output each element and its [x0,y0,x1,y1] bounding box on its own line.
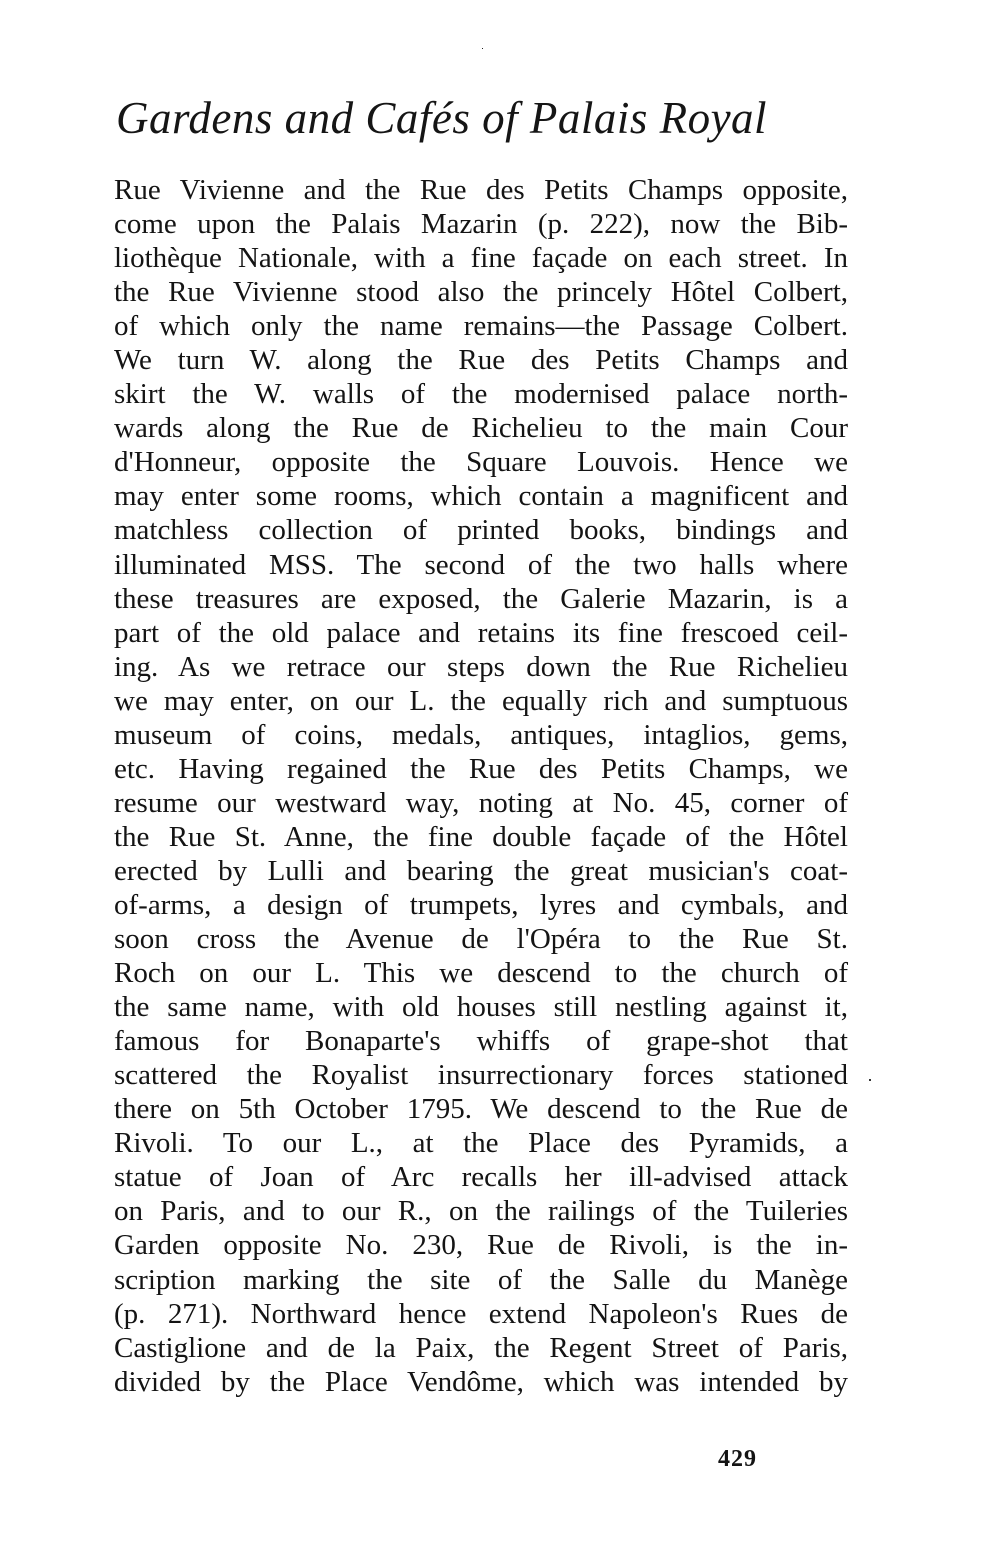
text-line: erected by Lulli and bearing the great m… [114,854,848,888]
text-line: the Rue Vivienne stood also the princely… [114,275,848,309]
text-line: divided by the Place Vendôme, which was … [114,1365,848,1399]
text-line: we may enter, on our L. the equally rich… [114,684,848,718]
text-line: these treasures are exposed, the Galerie… [114,582,848,616]
text-line: come upon the Palais Mazarin (p. 222), n… [114,207,848,241]
text-line: there on 5th October 1795. We descend to… [114,1092,848,1126]
text-line: Roch on our L. This we descend to the ch… [114,956,848,990]
text-line: scription marking the site of the Salle … [114,1263,848,1297]
text-line: Rivoli. To our L., at the Place des Pyra… [114,1126,848,1160]
text-line: resume our westward way, noting at No. 4… [114,786,848,820]
text-line: Castiglione and de la Paix, the Regent S… [114,1331,848,1365]
text-line: d'Honneur, opposite the Square Louvois. … [114,445,848,479]
text-line: museum of coins, medals, antiques, intag… [114,718,848,752]
text-line: etc. Having regained the Rue des Petits … [114,752,848,786]
text-line: Garden opposite No. 230, Rue de Rivoli, … [114,1228,848,1262]
text-line: part of the old palace and retains its f… [114,616,848,650]
text-line: wards along the Rue de Richelieu to the … [114,411,848,445]
text-line: illuminated MSS. The second of the two h… [114,548,848,582]
book-page: Gardens and Cafés of Palais Royal Rue Vi… [0,0,1000,1558]
text-line: famous for Bonaparte's whiffs of grape-s… [114,1024,848,1058]
text-line: soon cross the Avenue de l'Opéra to the … [114,922,848,956]
running-head: Gardens and Cafés of Palais Royal [116,88,876,148]
text-line: the same name, with old houses still nes… [114,990,848,1024]
text-line: (p. 271). Northward hence extend Napoleo… [114,1297,848,1331]
scan-speck [482,48,483,49]
margin-mark [869,1079,871,1081]
text-line: statue of Joan of Arc recalls her ill-ad… [114,1160,848,1194]
text-line: of-arms, a design of trumpets, lyres and… [114,888,848,922]
text-line: may enter some rooms, which contain a ma… [114,479,848,513]
page-number: 429 [718,1446,757,1473]
text-line: scattered the Royalist insurrectionary f… [114,1058,848,1092]
text-line: on Paris, and to our R., on the railings… [114,1194,848,1228]
text-line: ing. As we retrace our steps down the Ru… [114,650,848,684]
body-text: Rue Vivienne and the Rue des Petits Cham… [114,173,848,1399]
text-line: skirt the W. walls of the modernised pal… [114,377,848,411]
text-line: matchless collection of printed books, b… [114,513,848,547]
text-line: Rue Vivienne and the Rue des Petits Cham… [114,173,848,207]
text-line: We turn W. along the Rue des Petits Cham… [114,343,848,377]
text-line: liothèque Nationale, with a fine façade … [114,241,848,275]
text-line: the Rue St. Anne, the fine double façade… [114,820,848,854]
text-line: of which only the name remains—the Passa… [114,309,848,343]
